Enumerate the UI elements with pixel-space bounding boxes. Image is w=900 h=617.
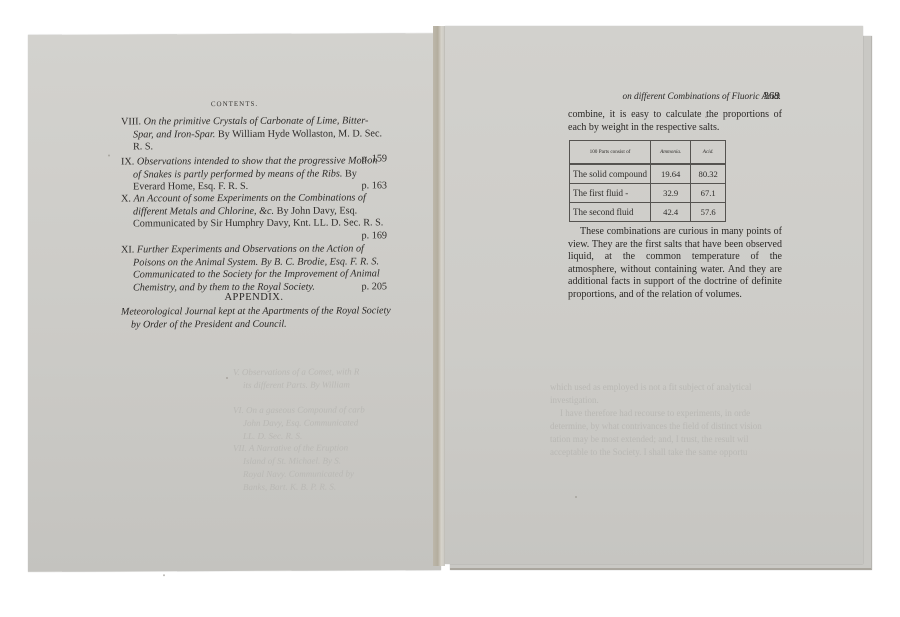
entry-title: Observations intended to show that the p… xyxy=(133,155,377,180)
ammonia-value: 19.64 xyxy=(651,164,691,184)
acid-value: 57.6 xyxy=(691,203,726,222)
table-row: The second fluid 42.4 57.6 xyxy=(570,203,726,222)
column-header: Acid. xyxy=(691,141,726,165)
show-through-text: determine, by what contrivances the fiel… xyxy=(550,420,762,432)
show-through-text: Royal Navy. Communicated by xyxy=(243,467,354,479)
paper-speck xyxy=(705,116,707,118)
show-through-text: acceptable to the Society. I shall take … xyxy=(550,446,747,458)
closing-paragraph: These combinations are curious in many p… xyxy=(568,226,782,302)
page-number: 369 xyxy=(748,90,780,102)
table-header-row: 100 Parts consist of Ammonia. Acid. xyxy=(570,141,726,165)
paper-speck xyxy=(575,496,577,498)
ammonia-value: 32.9 xyxy=(651,184,691,203)
entry-number: IX. xyxy=(121,156,134,167)
paper-speck xyxy=(108,155,110,157)
appendix-heading: APPENDIX. xyxy=(121,291,387,303)
entry-number: X. xyxy=(121,193,131,204)
contents-entry: X. An Account of some Experiments on the… xyxy=(121,192,387,244)
show-through-text: LL. D. Sec. R. S. xyxy=(243,430,302,442)
show-through-text: its different Parts. By William xyxy=(243,378,350,390)
show-through-text: tation may be most extended; and, I trus… xyxy=(550,433,748,445)
intro-paragraph: combine, it is easy to calculate the pro… xyxy=(568,109,782,134)
left-page: V. Observations of a Comet, with R its d… xyxy=(28,33,441,572)
table-row: The first fluid - 32.9 67.1 xyxy=(570,184,726,203)
contents-heading: CONTENTS. xyxy=(28,99,441,109)
row-label: The solid compound xyxy=(570,164,651,184)
entry-page: p. 169 xyxy=(121,230,387,244)
entry-number: VIII. xyxy=(121,116,141,127)
show-through-text: VII. A Narrative of the Eruption xyxy=(233,442,348,455)
show-through-text: Island of St. Michael. By S. xyxy=(243,455,341,467)
appendix-text: Meteorological Journal kept at the Apart… xyxy=(121,305,397,331)
show-through-text: John Davy, Esq. Communicated xyxy=(243,416,358,429)
column-header: Ammonia. xyxy=(651,141,691,165)
show-through-text: Banks, Bart. K. B. P. R. S. xyxy=(243,481,336,493)
show-through-text: investigation. xyxy=(550,394,599,406)
paper-speck xyxy=(163,574,165,576)
row-label: The first fluid - xyxy=(570,184,651,203)
contents-entry: XI. Further Experiments and Observations… xyxy=(121,243,387,295)
acid-value: 80.32 xyxy=(691,164,726,184)
acid-value: 67.1 xyxy=(691,184,726,203)
row-label: The second fluid xyxy=(570,203,651,222)
book-gutter xyxy=(433,26,445,566)
show-through-text: which used as employed is not a fit subj… xyxy=(550,381,751,393)
contents-entry: IX. Observations intended to show that t… xyxy=(121,155,387,194)
ammonia-value: 42.4 xyxy=(651,203,691,222)
entry-number: XI. xyxy=(121,244,134,255)
table-row: The solid compound 19.64 80.32 xyxy=(570,164,726,184)
show-through-text: V. Observations of a Comet, with R xyxy=(233,365,359,378)
column-header: 100 Parts consist of xyxy=(570,141,651,165)
show-through-text: I have therefore had recourse to experim… xyxy=(560,407,750,419)
show-through-text: VI. On a gaseous Compound of carb xyxy=(233,403,365,416)
right-page: which used as employed is not a fit subj… xyxy=(445,26,863,564)
composition-table: 100 Parts consist of Ammonia. Acid. The … xyxy=(569,140,726,222)
paper-speck xyxy=(226,377,228,379)
